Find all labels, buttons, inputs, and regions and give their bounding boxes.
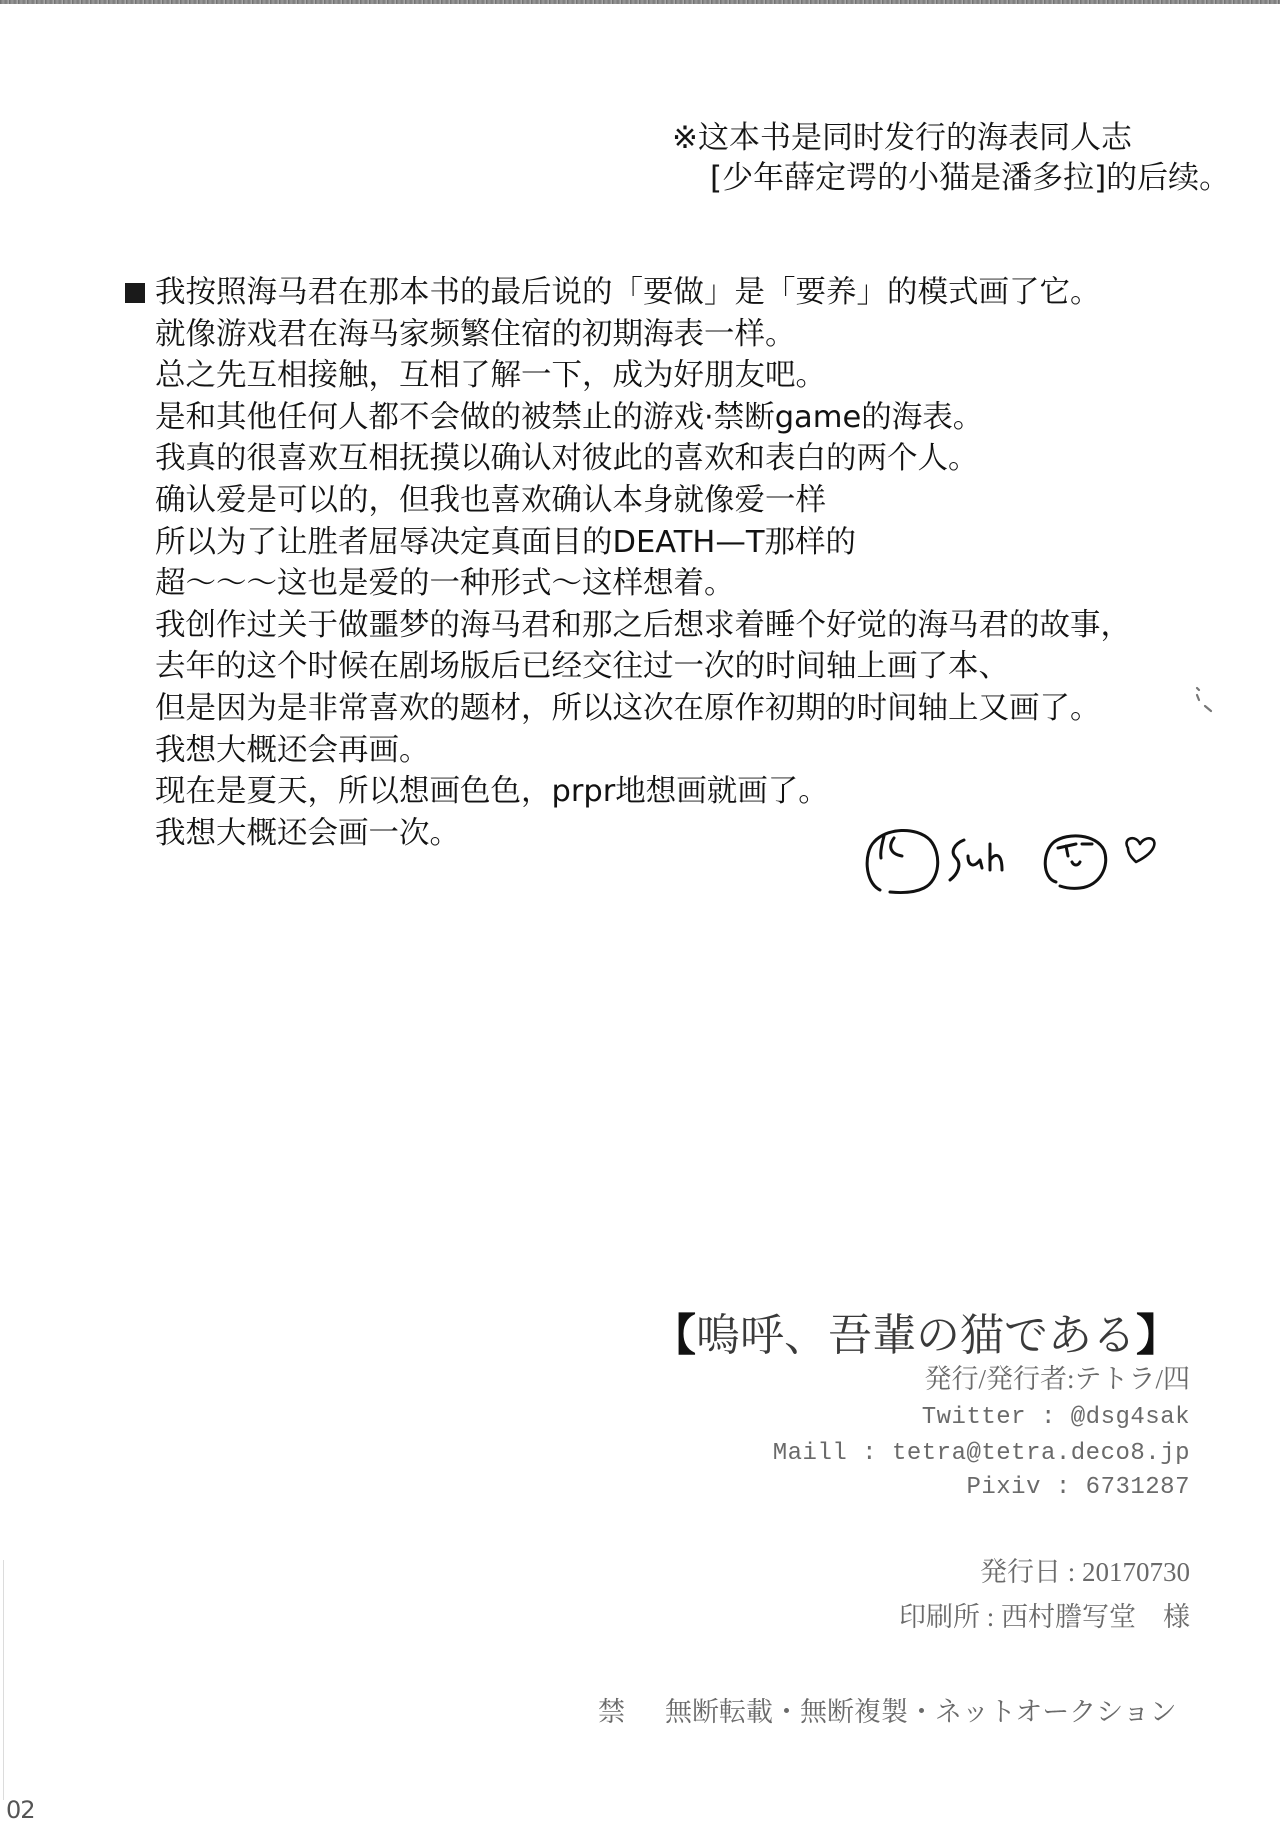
afterword-line: 总之先互相接触，互相了解一下，成为好朋友吧。 [155,355,1131,397]
smiling-face-doodle-icon [1045,836,1105,889]
book-title: 【嗚呼、吾輩の猫である】 [652,1310,1180,1362]
afterword-line: 我想大概还会再画。 [155,730,1131,772]
afterword-line: 我创作过关于做噩梦的海马君和那之后想求着睡个好觉的海马君的故事， [155,605,1131,647]
black-square-bullet-icon [125,283,145,303]
circled-k-doodle-icon [867,830,938,892]
afterword-line: 就像游戏君在海马家频繁住宿的初期海表一样。 [155,314,1131,356]
afterword-line: 我真的很喜欢互相抚摸以确认对彼此的喜欢和表白的两个人。 [155,438,1131,480]
scan-top-edge [0,0,1280,4]
pixiv-line: Pixiv : 6731287 [966,1470,1190,1505]
sequel-note-line-2: [少年薛定谔的小猫是潘多拉]的后续。 [672,158,1272,198]
publisher-line: 発行/発行者:テトラ/四 [924,1362,1190,1397]
afterword-line: 是和其他任何人都不会做的被禁止的游戏·禁断game的海表。 [155,397,1131,439]
prohibition-notice: 禁無断転載・無断複製・ネットオークション [598,1690,1177,1729]
afterword-line: 但是因为是非常喜欢的题材，所以这次在原作初期的时间轴上又画了。 [155,688,1131,730]
sequel-note-line-1: ※这本书是同时发行的海表同人志 [672,118,1272,158]
afterword-line: 我按照海马君在那本书的最后说的「要做」是「要养」的模式画了它。 [155,272,1131,314]
afterword-line: 所以为了让胜者屈辱决定真面目的DEATH—T那样的 [155,522,1131,564]
afterword-text: 我按照海马君在那本书的最后说的「要做」是「要养」的模式画了它。 就像游戏君在海马… [155,272,1131,854]
scan-left-edge [3,1560,4,1800]
printer-line: 印刷所 : 西村謄写堂 様 [899,1600,1190,1635]
reference-mark-icon: ※ [672,120,698,156]
twitter-line: Twitter : @dsg4sak [922,1400,1190,1435]
publish-date-line: 発行日 : 20170730 [980,1555,1190,1590]
page-number: 02 [6,1796,35,1824]
signature-suh-text [950,840,1002,880]
handwritten-signature [860,822,1170,902]
afterword-line: 去年的这个时候在剧场版后已经交往过一次的时间轴上画了本、 [155,646,1131,688]
afterword-line: 超～～～这也是爱的一种形式～这样想着。 [155,563,1131,605]
prohibition-mark: 禁 [598,1697,625,1727]
sequel-note: ※这本书是同时发行的海表同人志 [少年薛定谔的小猫是潘多拉]的后续。 [672,118,1272,198]
afterword-line: 确认爱是可以的，但我也喜欢确认本身就像爱一样 [155,480,1131,522]
mail-line: Maill : tetra@tetra.deco8.jp [773,1436,1190,1471]
afterword-line: 现在是夏天，所以想画色色，prpr地想画就画了。 [155,771,1131,813]
heart-doodle-icon [1127,838,1155,862]
ink-speck-marks [1192,684,1218,718]
